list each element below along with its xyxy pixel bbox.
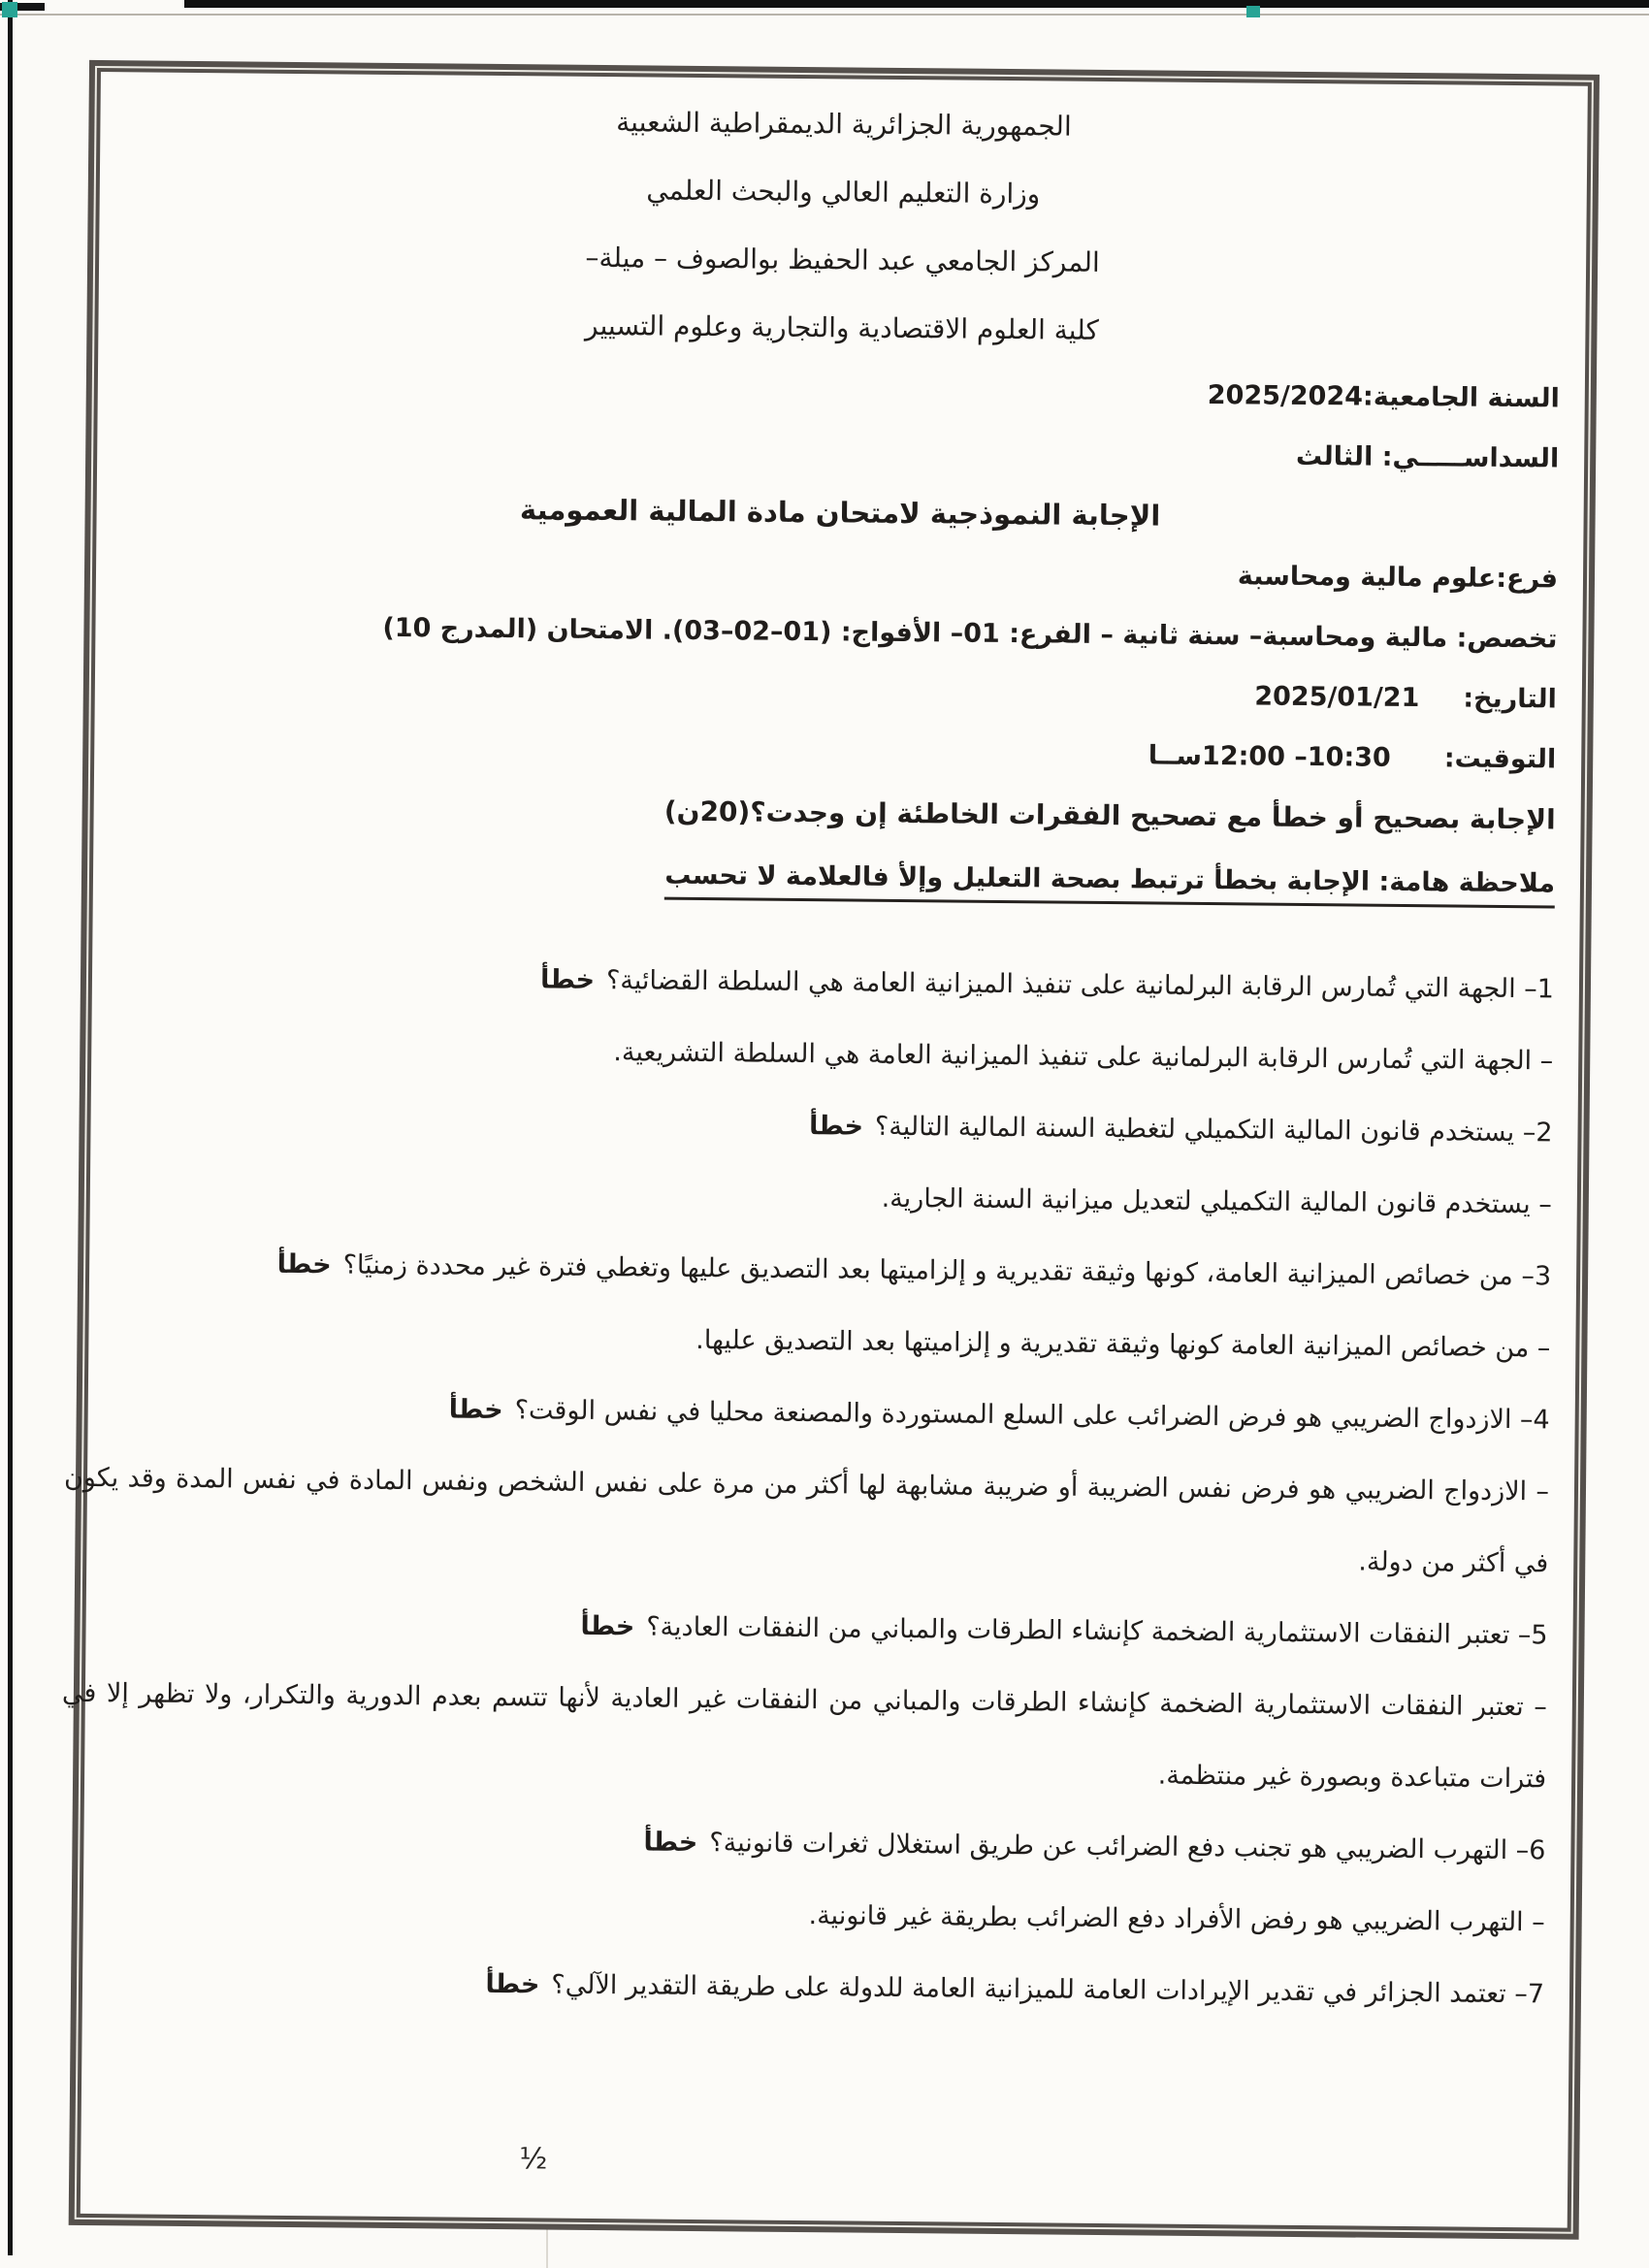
question-7-verdict: خطأ xyxy=(485,1969,539,2000)
question-2-text: 2– يستخدم قانون المالية التكميلي لتغطية … xyxy=(875,1112,1553,1149)
important-note-text: ملاحظة هامة: الإجابة بخطأ ترتبط بصحة الت… xyxy=(664,860,1555,909)
question-5-text: 5– تعتبر النفقات الاستثمارية الضخمة كإنش… xyxy=(646,1612,1548,1651)
correction-1: – الجهة التي تُمارس الرقابة البرلمانية ع… xyxy=(116,1012,1554,1097)
correction-4: – الازدواج الضريبي هو فرض نفس الضريبة أو… xyxy=(63,1442,1549,1601)
time-label: التوقيت: xyxy=(1444,743,1557,774)
question-2-verdict: خطأ xyxy=(809,1111,863,1142)
question-1-verdict: خطأ xyxy=(540,964,595,995)
correction-5: – تعتبر النفقات الاستثمارية الضخمة كإنشا… xyxy=(61,1658,1547,1816)
question-5: 5– تعتبر النفقات الاستثمارية الضخمة كإنش… xyxy=(111,1586,1548,1671)
letterhead: الجمهورية الجزائرية الديمقراطية الشعبية … xyxy=(123,83,1563,369)
question-4-text: 4– الازدواج الضريبي هو فرض الضرائب على ا… xyxy=(515,1395,1550,1435)
document-content: الجمهورية الجزائرية الديمقراطية الشعبية … xyxy=(81,72,1588,2228)
question-1: 1– الجهة التي تُمارس الرقابة البرلمانية … xyxy=(117,940,1555,1025)
question-4: 4– الازدواج الضريبي هو فرض الضرائب على ا… xyxy=(113,1371,1550,1456)
time-value: 10:30– 12:00ســا xyxy=(1148,740,1391,772)
question-3: 3– من خصائص الميزانية العامة، كونها وثيق… xyxy=(114,1227,1552,1312)
question-5-verdict: خطأ xyxy=(580,1611,634,1642)
correction-2: – يستخدم قانون المالية التكميلي لتعديل م… xyxy=(115,1155,1553,1241)
date-value: 2025/01/21 xyxy=(1254,681,1419,713)
scan-edge-top-line xyxy=(184,0,1649,8)
question-3-text: 3– من خصائص الميزانية العامة، كونها وثيق… xyxy=(343,1249,1552,1291)
date-label: التاريخ: xyxy=(1463,684,1557,715)
questions-answers: 1– الجهة التي تُمارس الرقابة البرلمانية … xyxy=(108,940,1555,2030)
question-6-verdict: خطأ xyxy=(643,1827,697,1858)
question-6: 6– التهرب الضريبي هو تجنب دفع الضرائب عن… xyxy=(109,1801,1546,1887)
question-3-verdict: خطأ xyxy=(277,1249,332,1280)
document-border-frame: الجمهورية الجزائرية الديمقراطية الشعبية … xyxy=(77,68,1592,2232)
question-6-text: 6– التهرب الضريبي هو تجنب دفع الضرائب عن… xyxy=(709,1828,1545,1865)
scanned-exam-page: { "document": { "header": { "country": "… xyxy=(0,0,1649,2268)
important-note: ملاحظة هامة: الإجابة بخطأ ترتبط بصحة الت… xyxy=(118,836,1556,918)
question-7: 7– تعتمد الجزائر في تقدير الإيرادات العا… xyxy=(108,1945,1545,2030)
scanner-corner-mark-top-left xyxy=(2,2,17,17)
page-number-indicator: ½ xyxy=(519,2140,547,2179)
scan-edge-top-thin-line xyxy=(0,14,1649,16)
question-1-text: 1– الجهة التي تُمارس الرقابة البرلمانية … xyxy=(606,965,1554,1004)
correction-6: – التهرب الضريبي هو رفض الأفراد دفع الضر… xyxy=(108,1873,1545,1959)
question-2: 2– يستخدم قانون المالية التكميلي لتغطية … xyxy=(115,1084,1553,1169)
correction-3: – من خصائص الميزانية العامة كونها وثيقة … xyxy=(113,1299,1551,1384)
scanner-corner-mark-top-right xyxy=(1246,6,1260,17)
scan-edge-left-line xyxy=(8,0,13,2255)
question-7-text: 7– تعتمد الجزائر في تقدير الإيرادات العا… xyxy=(551,1970,1544,2010)
question-4-verdict: خطأ xyxy=(449,1395,503,1426)
